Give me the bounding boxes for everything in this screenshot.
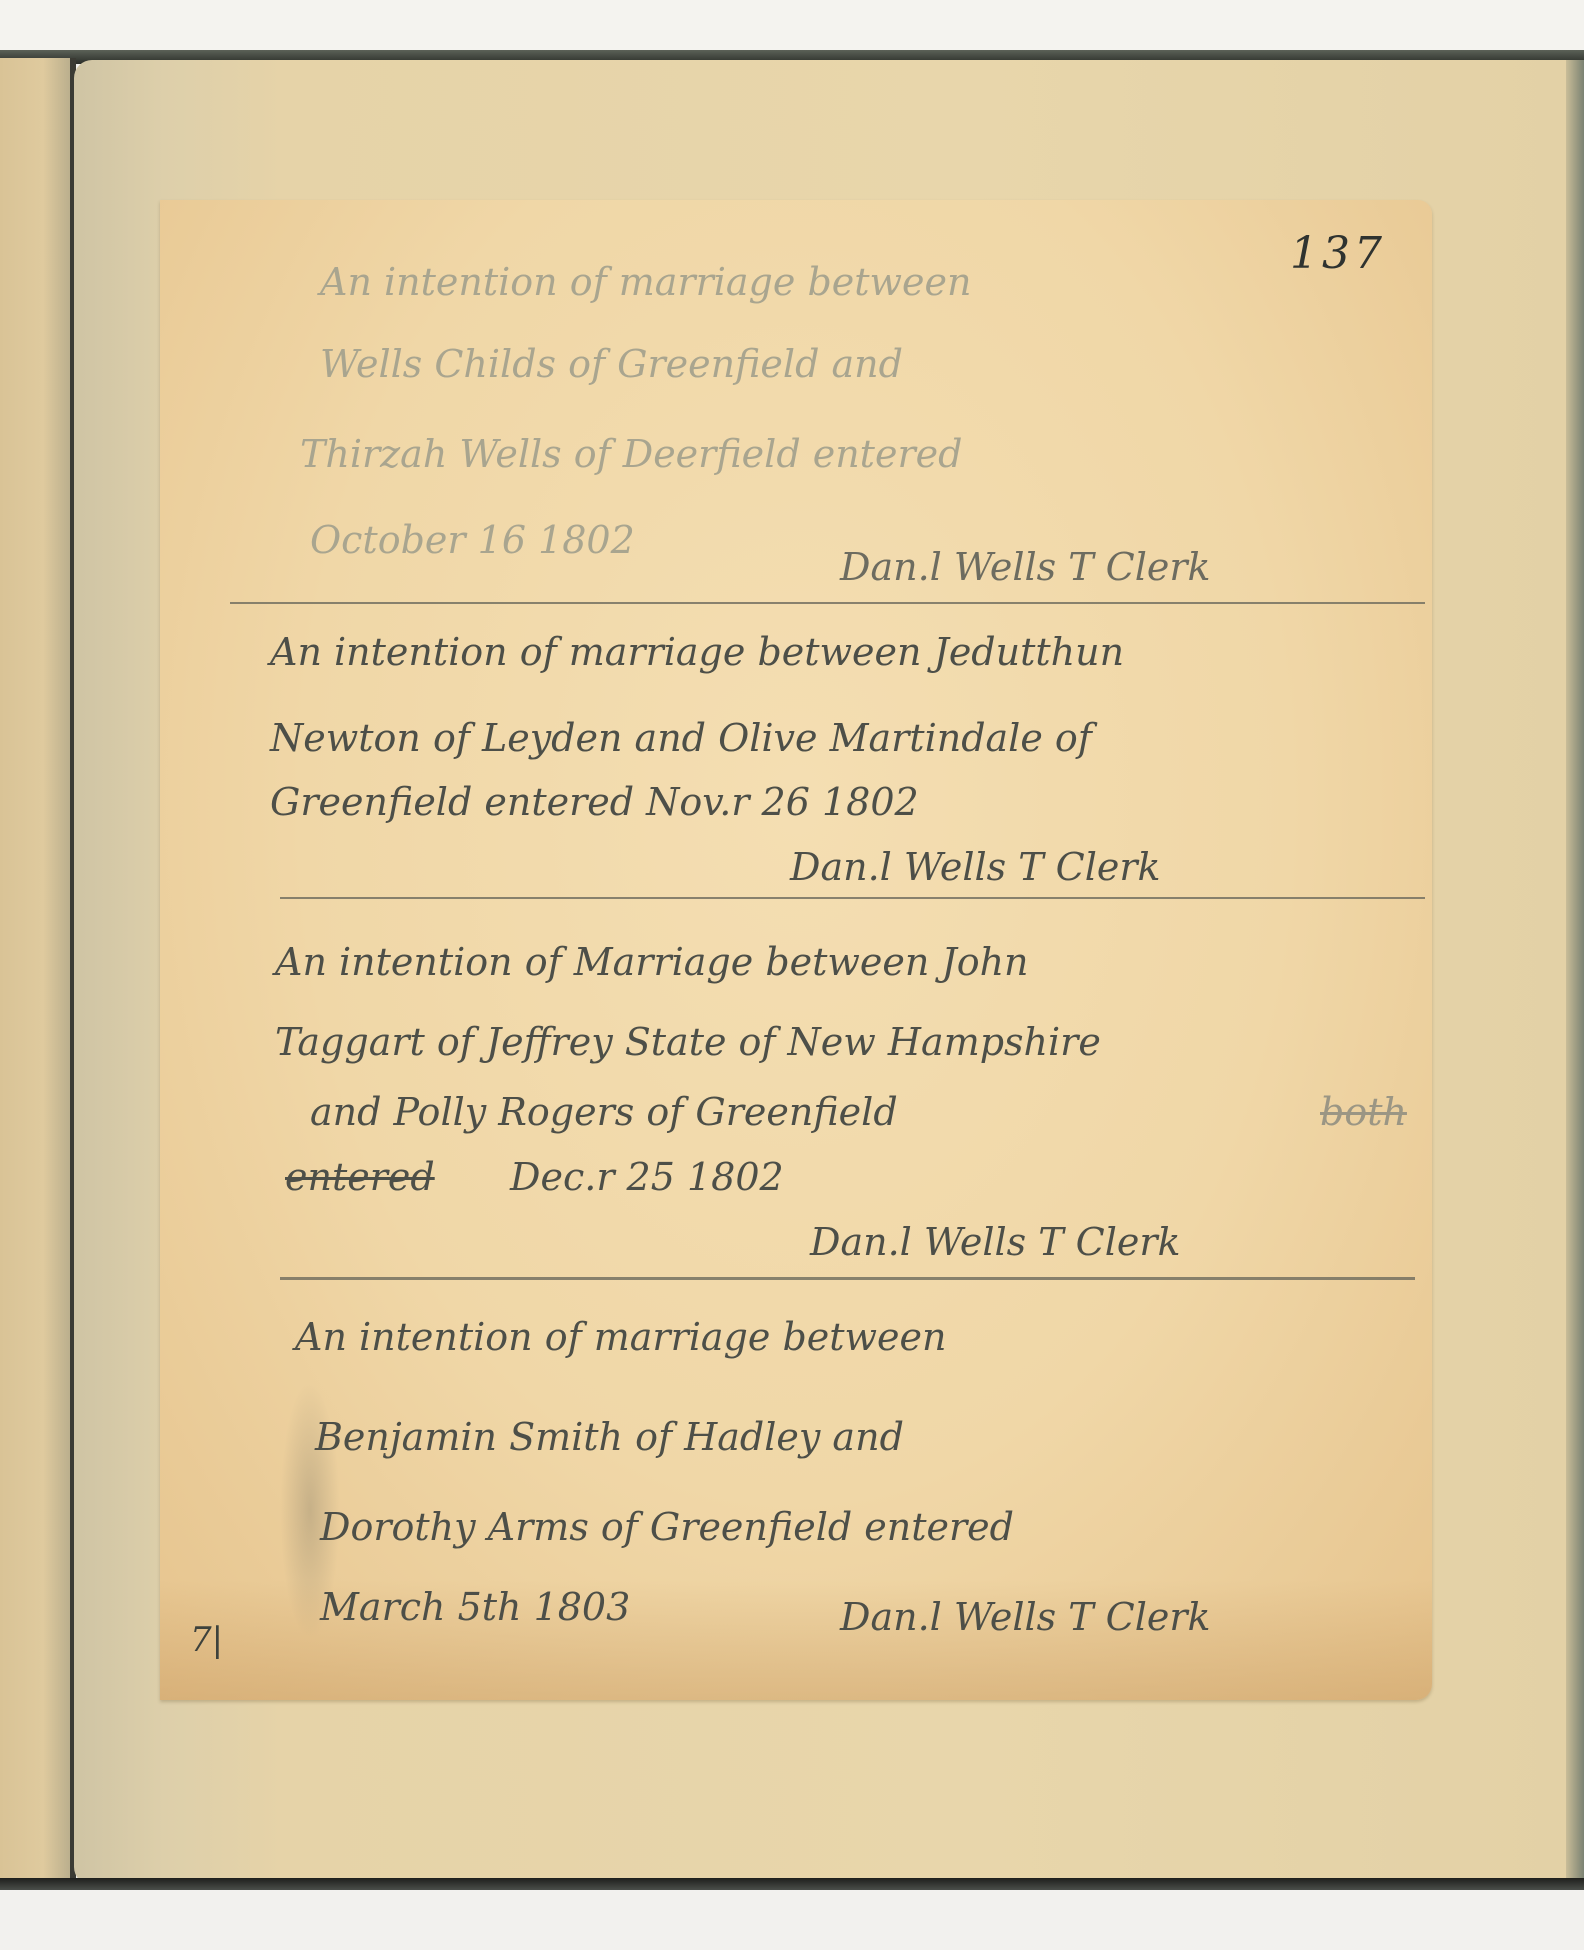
entry-line: Wells Childs of Greenfield and — [320, 342, 903, 386]
entry-divider — [280, 1277, 1415, 1280]
struck-word: both — [1320, 1090, 1407, 1134]
entry-line: Dorothy Arms of Greenfield entered — [320, 1505, 1014, 1549]
entry-line: Thirzah Wells of Deerfield entered — [300, 432, 962, 476]
scanner-background-bottom — [0, 1890, 1584, 1950]
clerk-signature: Dan.l Wells T Clerk — [810, 1220, 1181, 1264]
entry-line: Taggart of Jeffrey State of New Hampshir… — [275, 1020, 1101, 1064]
clerk-signature: Dan.l Wells T Clerk — [840, 545, 1211, 589]
margin-note: 7| — [190, 1620, 223, 1660]
register-entry-1: An intention of marriage between Wells C… — [280, 260, 1420, 590]
register-entry-4: An intention of marriage between Benjami… — [280, 1315, 1420, 1635]
register-entry-3: An intention of Marriage between John Ta… — [280, 940, 1420, 1260]
entry-line: March 5th 1803 — [320, 1585, 630, 1629]
entry-line: Newton of Leyden and Olive Martindale of — [270, 716, 1092, 760]
clerk-signature: Dan.l Wells T Clerk — [790, 845, 1161, 889]
clerk-signature: Dan.l Wells T Clerk — [840, 1595, 1211, 1639]
entry-line: An intention of marriage between Jedutth… — [270, 630, 1124, 674]
entry-divider — [280, 897, 1425, 899]
entry-line: An intention of marriage between — [295, 1315, 947, 1359]
entry-line: Dec.r 25 1802 — [510, 1155, 784, 1199]
page-edge-right — [1566, 60, 1584, 1885]
entry-line: October 16 1802 — [310, 518, 635, 562]
entry-line: An intention of marriage between — [320, 260, 972, 304]
struck-word: entered — [285, 1155, 435, 1199]
scanner-background-top — [0, 0, 1584, 52]
entry-divider — [230, 602, 1425, 604]
previous-page-leaf — [0, 58, 72, 1888]
entry-line: Benjamin Smith of Hadley and — [315, 1415, 904, 1459]
entry-line: and Polly Rogers of Greenfield — [310, 1090, 898, 1134]
entry-line: Greenfield entered Nov.r 26 1802 — [270, 780, 919, 824]
register-entry-2: An intention of marriage between Jedutth… — [280, 630, 1420, 880]
entry-line: An intention of Marriage between John — [275, 940, 1029, 984]
